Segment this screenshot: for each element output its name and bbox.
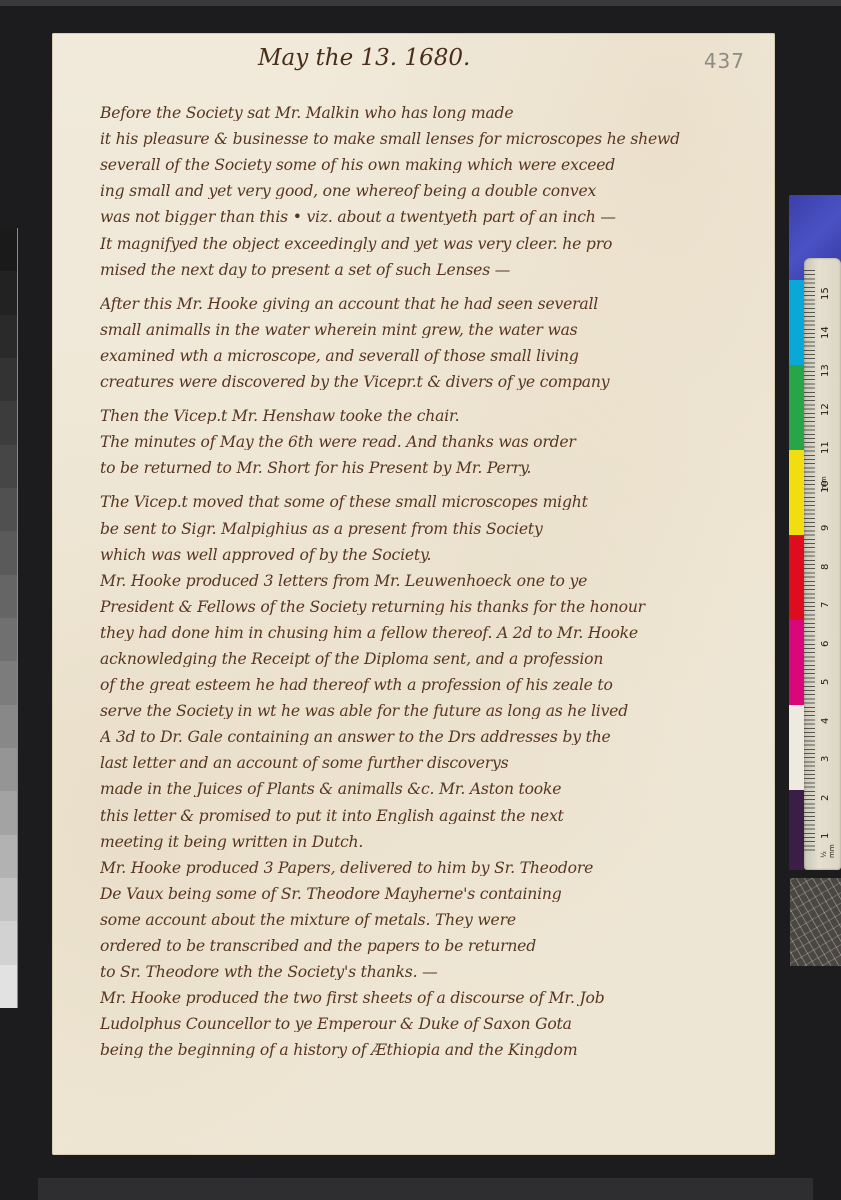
ruler-label: 1 [820,819,831,839]
manuscript-line: Then the Vicep.t Mr. Henshaw tooke the c… [100,398,765,424]
manuscript-line: be sent to Sigr. Malpighius as a present… [100,510,765,536]
manuscript-line: made in the Juices of Plants & animalls … [100,771,765,797]
gray-step [0,228,17,271]
gray-step [0,575,17,618]
manuscript-line: which was well approved of by the Societ… [100,537,765,563]
ruler-label: 3 [820,742,831,762]
gray-step [0,315,17,358]
ruler-label: 9 [820,511,831,531]
gray-step [0,748,17,791]
manuscript-line: to be returned to Mr. Short for his Pres… [100,450,765,476]
gray-step [0,401,17,444]
manuscript-line: acknowledging the Receipt of the Diploma… [100,641,765,667]
gray-step [0,965,17,1008]
gray-step [0,445,17,488]
ruler-ticks [804,270,815,852]
manuscript-line: Before the Society sat Mr. Malkin who ha… [100,95,765,121]
mount-board-edge [0,0,841,6]
manuscript-line: Mr. Hooke produced 3 letters from Mr. Le… [100,563,765,589]
swatch-magenta [789,620,804,705]
manuscript-line: it his pleasure & businesse to make smal… [100,121,765,147]
ruler-unit-half-mm: ½ mm [820,837,836,858]
folio-number: 437 [704,49,745,73]
specimen-texture-patch [790,878,841,966]
ruler-label: 7 [820,588,831,608]
manuscript-line: of the great esteem he had thereof wth a… [100,667,765,693]
gray-step [0,661,17,704]
gray-step [0,531,17,574]
manuscript-line: President & Fellows of the Society retur… [100,589,765,615]
swatch-green [789,365,804,450]
swatch-cyan [789,280,804,365]
measurement-ruler: 151413121110987654321mm½ mm [804,258,841,870]
manuscript-line: small animalls in the water wherein mint… [100,312,765,338]
swatch-purple [789,790,804,870]
swatch-yellow [789,450,804,535]
manuscript-line: ordered to be transcribed and the papers… [100,928,765,954]
swatch-red [789,535,804,620]
ruler-label: 12 [820,396,831,416]
grayscale-step-wedge [0,228,18,1008]
manuscript-line: Mr. Hooke produced the two first sheets … [100,980,765,1006]
manuscript-line: they had done him in chusing him a fello… [100,615,765,641]
manuscript-line: A 3d to Dr. Gale containing an answer to… [100,719,765,745]
page-heading-date: May the 13. 1680. [258,45,470,71]
manuscript-line: creatures were discovered by the Vicepr.… [100,364,765,390]
manuscript-line: this letter & promised to put it into En… [100,797,765,823]
manuscript-line: was not bigger than this • viz. about a … [100,199,765,225]
manuscript-line: ing small and yet very good, one whereof… [100,173,765,199]
manuscript-line: The minutes of May the 6th were read. An… [100,424,765,450]
gray-step [0,488,17,531]
manuscript-line: meeting it being written in Dutch. [100,824,765,850]
manuscript-line: serve the Society in wt he was able for … [100,693,765,719]
manuscript-line: being the beginning of a history of Æthi… [100,1032,765,1058]
ruler-label: 4 [820,704,831,724]
manuscript-line: It magnifyed the object exceedingly and … [100,225,765,251]
manuscript-line: Mr. Hooke produced 3 Papers, delivered t… [100,850,765,876]
ruler-label: 2 [820,781,831,801]
manuscript-line: some account about the mixture of metals… [100,902,765,928]
manuscript-line: After this Mr. Hooke giving an account t… [100,286,765,312]
gray-step [0,358,17,401]
ruler-label: 8 [820,550,831,570]
manuscript-line: Ludolphus Councellor to ye Emperour & Du… [100,1006,765,1032]
gray-step [0,835,17,878]
manuscript-line: The Vicep.t moved that some of these sma… [100,484,765,510]
manuscript-line: severall of the Society some of his own … [100,147,765,173]
gray-step [0,921,17,964]
manuscript-line: to Sr. Theodore wth the Society's thanks… [100,954,765,980]
manuscript-line: mised the next day to present a set of s… [100,252,765,278]
manuscript-page: May the 13. 1680. 437 Before the Society… [52,33,775,1155]
gray-step [0,618,17,661]
manuscript-line: examined wth a microscope, and severall … [100,338,765,364]
gray-step [0,705,17,748]
gray-step [0,878,17,921]
gray-step [0,791,17,834]
ruler-label: 11 [820,434,831,454]
manuscript-line: last letter and an account of some furth… [100,745,765,771]
mount-board-bottom [38,1178,813,1200]
ruler-label: 6 [820,627,831,647]
color-checker-scale: 151413121110987654321mm½ mm [789,195,841,895]
ruler-label: 15 [820,280,831,300]
ruler-label: 5 [820,665,831,685]
swatch-white [789,705,804,790]
manuscript-line: De Vaux being some of Sr. Theodore Mayhe… [100,876,765,902]
ruler-unit-mm: mm [820,476,828,490]
ruler-label: 14 [820,319,831,339]
manuscript-text-body: Before the Society sat Mr. Malkin who ha… [100,95,765,1058]
gray-step [0,271,17,314]
ruler-label: 13 [820,357,831,377]
